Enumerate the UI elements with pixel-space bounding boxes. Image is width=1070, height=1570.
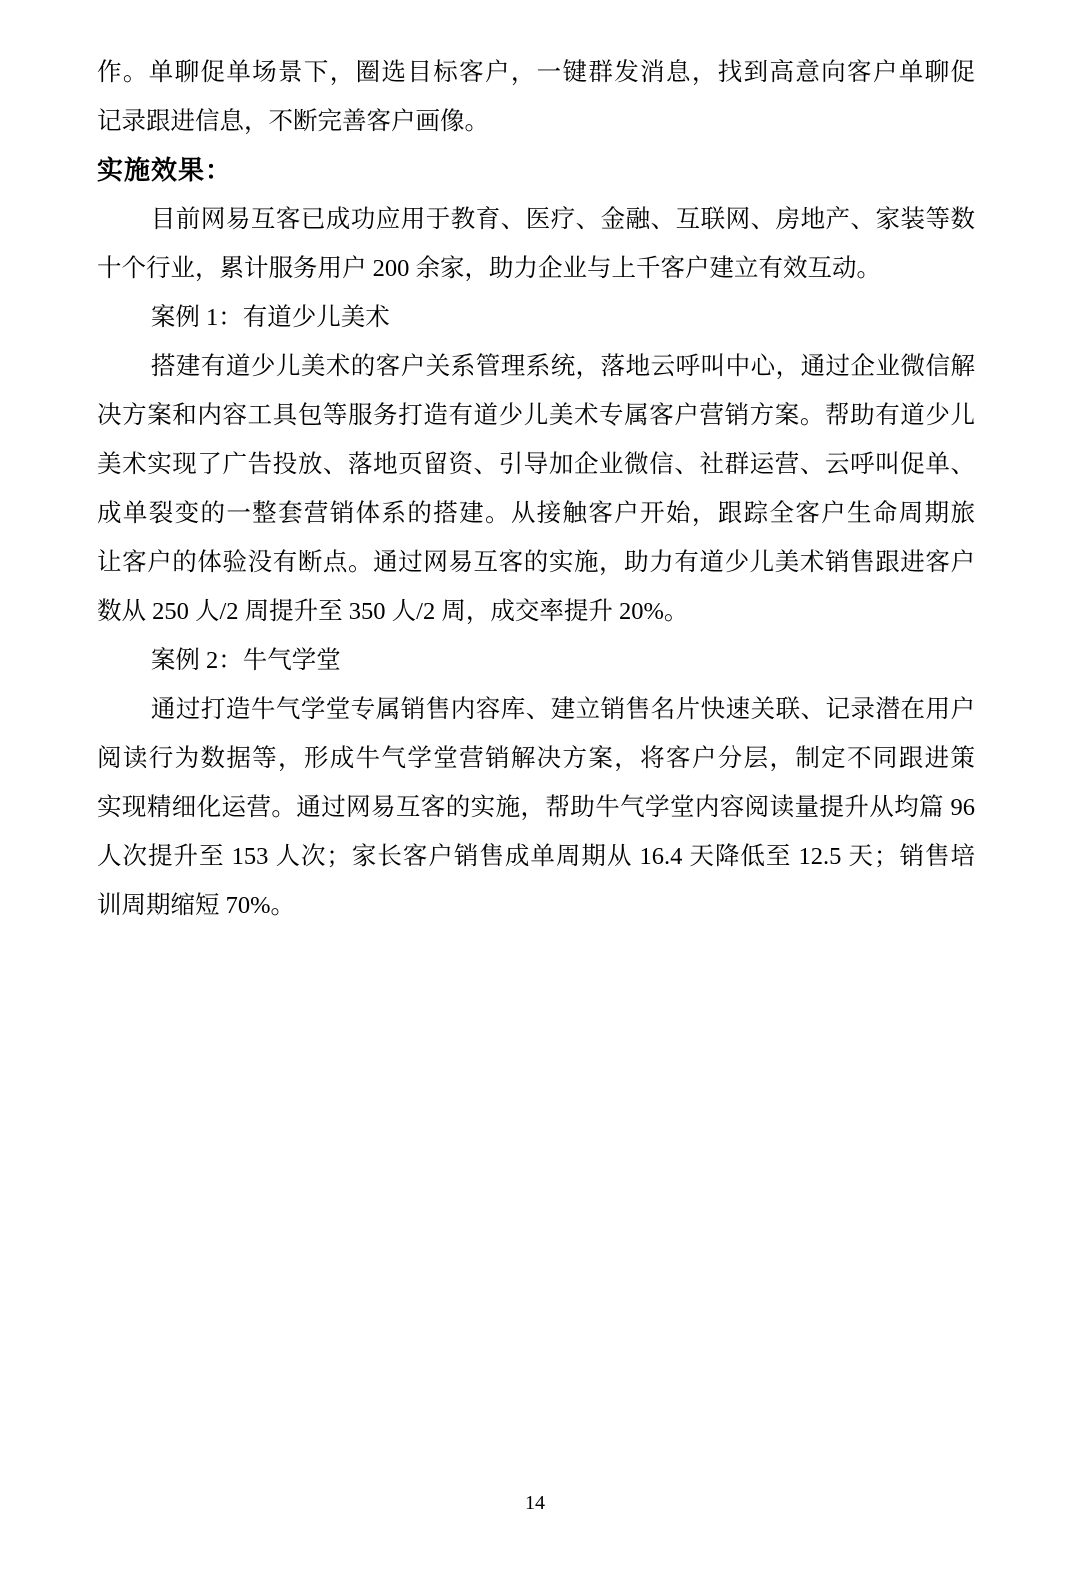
text-line: 训周期缩短 70%。 xyxy=(97,881,975,930)
text-line: 作。单聊促单场景下，圈选目标客户，一键群发消息，找到高意向客户单聊促单， xyxy=(97,48,975,97)
document-page: 作。单聊促单场景下，圈选目标客户，一键群发消息，找到高意向客户单聊促单，记录跟进… xyxy=(0,0,1070,1570)
text-line: 搭建有道少儿美术的客户关系管理系统，落地云呼叫中心，通过企业微信解 xyxy=(97,342,975,391)
text-line: 阅读行为数据等，形成牛气学堂营销解决方案，将客户分层，制定不同跟进策略， xyxy=(97,734,975,783)
text-line: 目前网易互客已成功应用于教育、医疗、金融、互联网、房地产、家装等数 xyxy=(97,195,975,244)
text-line: 案例 1：有道少儿美术 xyxy=(97,293,975,342)
document-text: 作。单聊促单场景下，圈选目标客户，一键群发消息，找到高意向客户单聊促单，记录跟进… xyxy=(97,48,975,930)
text-line: 通过打造牛气学堂专属销售内容库、建立销售名片快速关联、记录潜在用户 xyxy=(97,685,975,734)
text-line: 让客户的体验没有断点。通过网易互客的实施，助力有道少儿美术销售跟进客户 xyxy=(97,538,975,587)
text-line: 美术实现了广告投放、落地页留资、引导加企业微信、社群运营、云呼叫促单、 xyxy=(97,440,975,489)
text-line: 人次提升至 153 人次；家长客户销售成单周期从 16.4 天降低至 12.5 … xyxy=(97,832,975,881)
text-line: 记录跟进信息，不断完善客户画像。 xyxy=(97,97,975,146)
text-line: 数从 250 人/2 周提升至 350 人/2 周，成交率提升 20%。 xyxy=(97,587,975,636)
text-line: 决方案和内容工具包等服务打造有道少儿美术专属客户营销方案。帮助有道少儿 xyxy=(97,391,975,440)
section-heading: 实施效果： xyxy=(97,146,975,195)
page-footer: 14 xyxy=(0,1492,1070,1515)
text-line: 十个行业，累计服务用户 200 余家，助力企业与上千客户建立有效互动。 xyxy=(97,244,975,293)
text-line: 案例 2：牛气学堂 xyxy=(97,636,975,685)
text-line: 成单裂变的一整套营销体系的搭建。从接触客户开始，跟踪全客户生命周期旅程， xyxy=(97,489,975,538)
page-number: 14 xyxy=(525,1492,545,1514)
text-line: 实现精细化运营。通过网易互客的实施，帮助牛气学堂内容阅读量提升从均篇 96 xyxy=(97,783,975,832)
